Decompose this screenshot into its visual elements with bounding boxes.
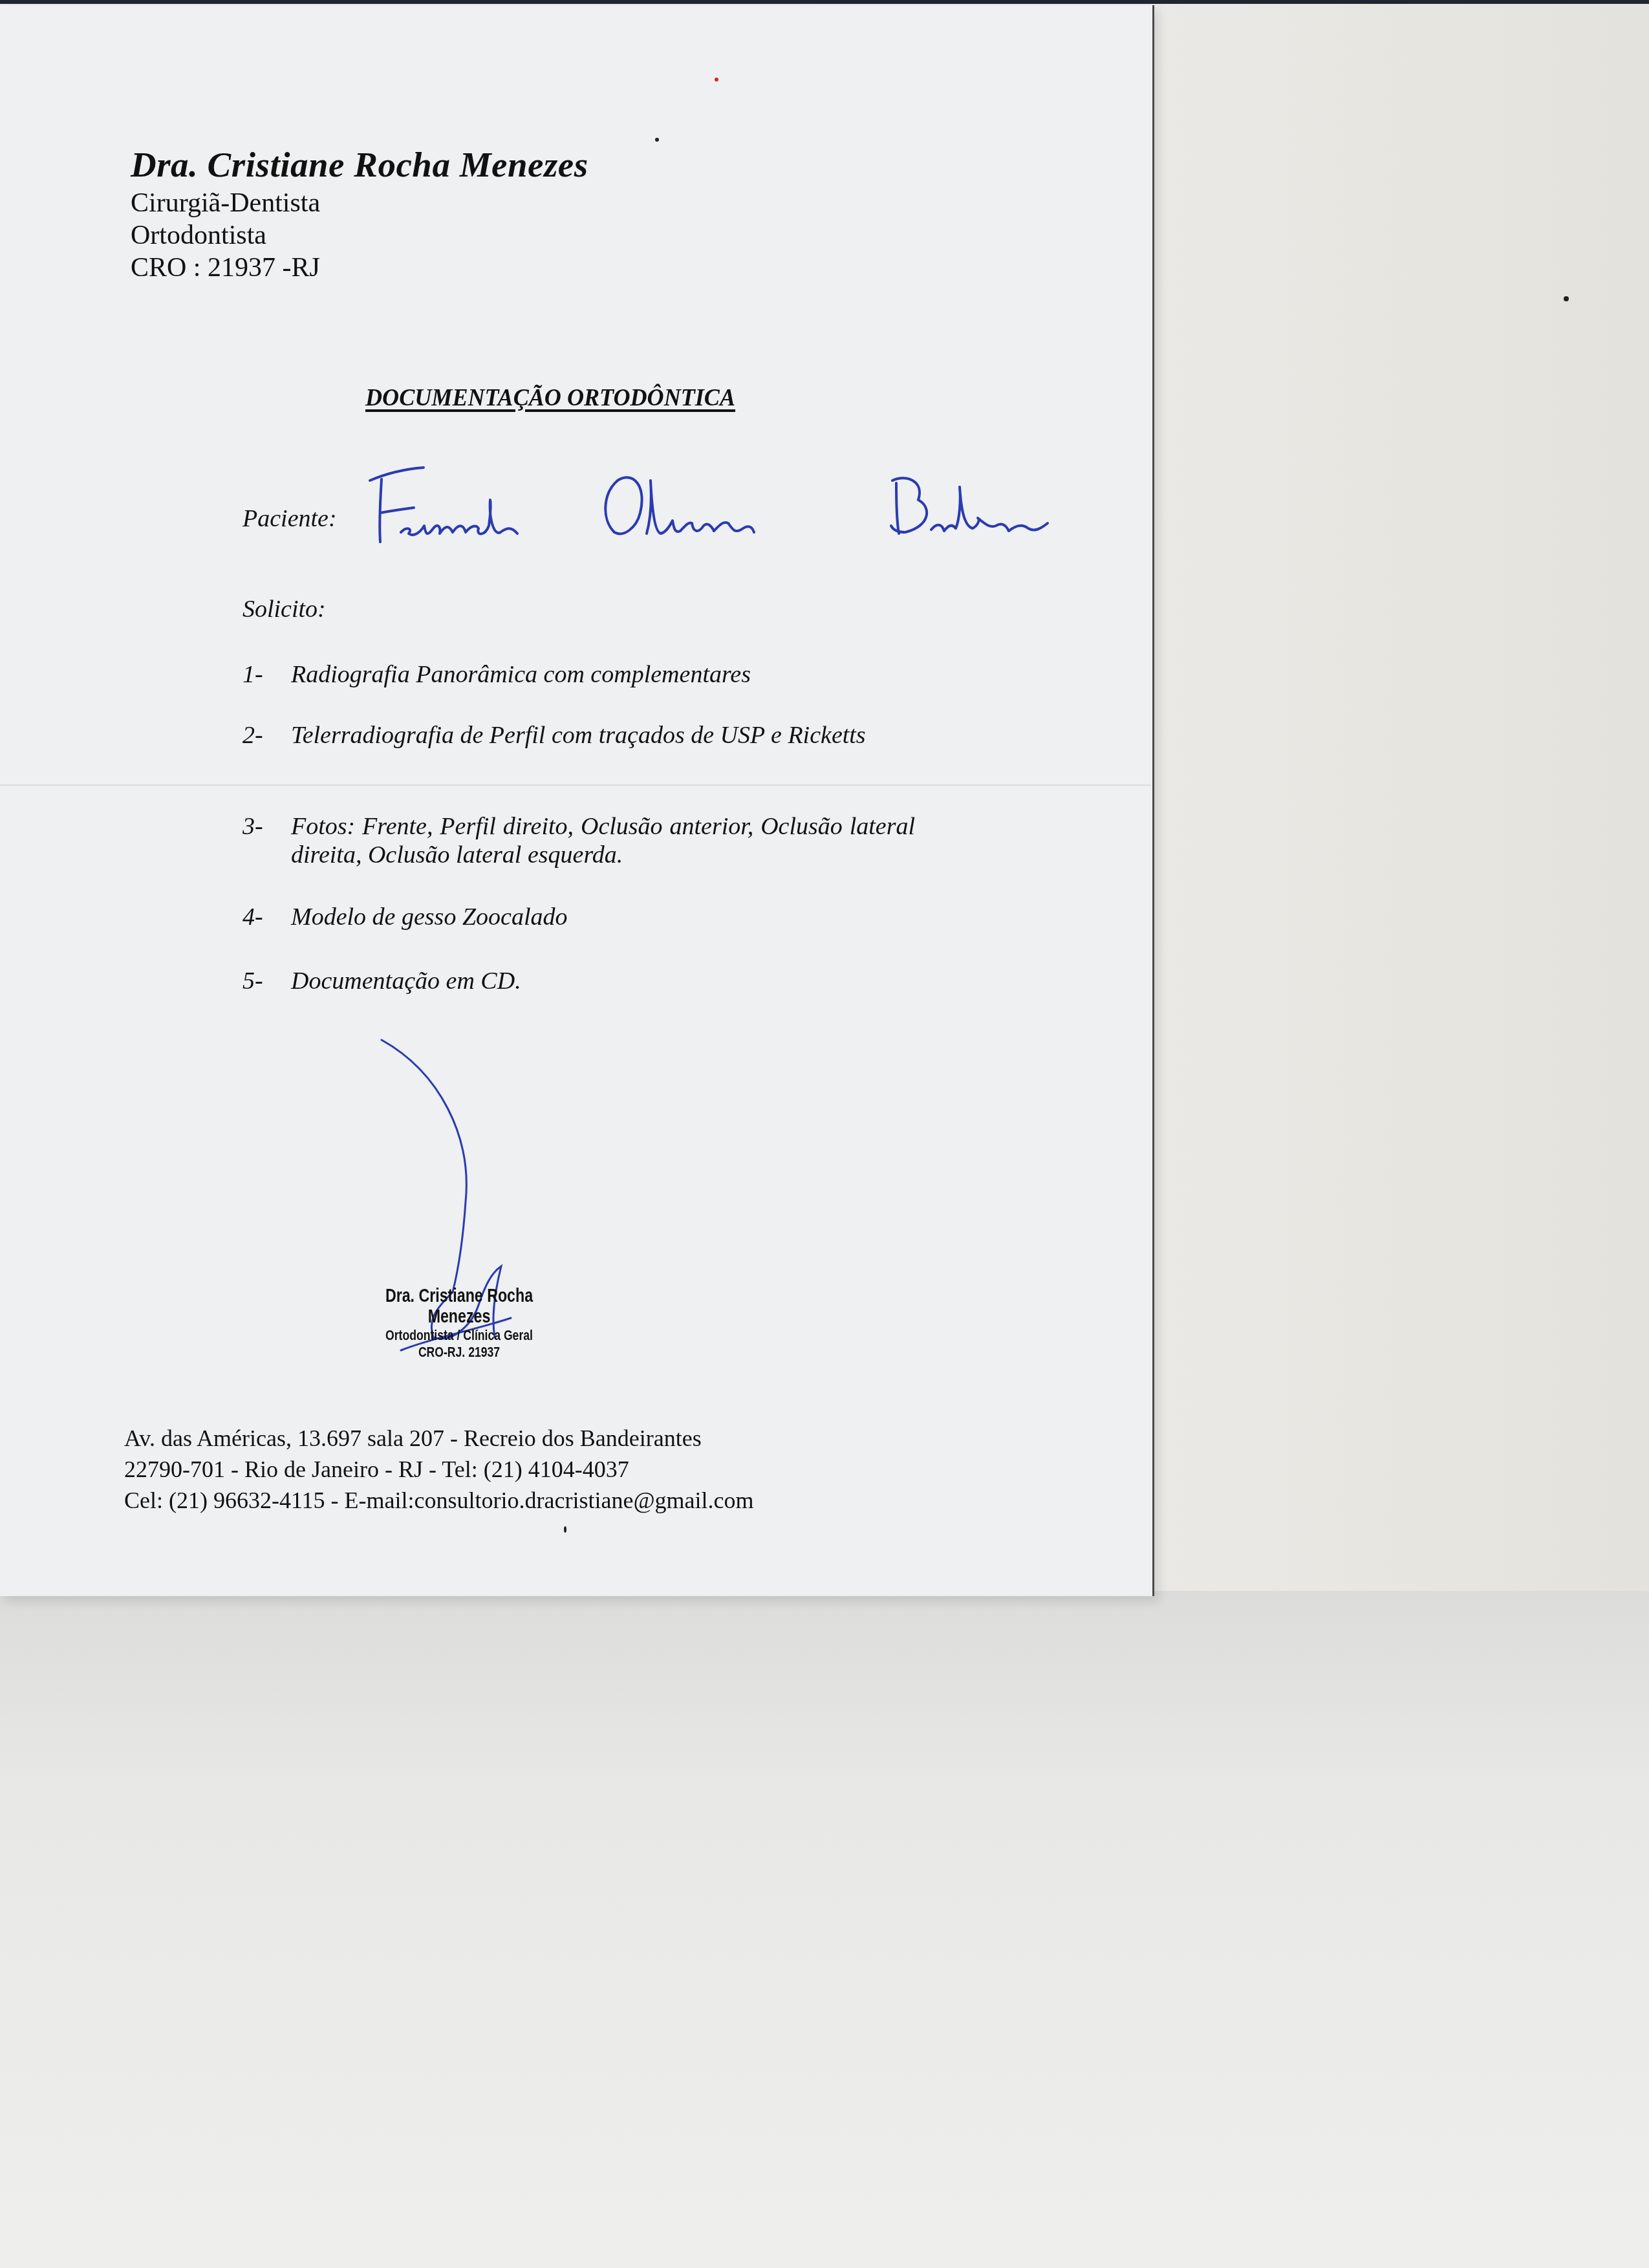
request-number: 3- (242, 812, 263, 841)
request-number: 4- (242, 903, 263, 931)
doctor-registration: CRO : 21937 -RJ (131, 252, 320, 283)
doctor-stamp: Dra. Cristiane Rocha Menezes Ortodontist… (374, 1286, 544, 1361)
doctor-specialty: Ortodontista (131, 220, 266, 251)
scanner-background-lower (0, 1591, 1649, 2268)
doctor-profession: Cirurgiã-Dentista (131, 188, 320, 219)
request-label: Solicito: (242, 595, 326, 623)
stamp-specialty: Ortodontista / Clínica Geral (374, 1327, 544, 1344)
scan-speck (564, 1526, 566, 1533)
request-text: Documentação em CD. (291, 967, 915, 995)
request-number: 1- (242, 660, 263, 689)
scan-speck (1564, 296, 1569, 301)
document-page: Dra. Cristiane Rocha Menezes Cirurgiã-De… (0, 5, 1154, 1596)
patient-name-handwritten: Fernanda Oliveira Barbosa (362, 461, 1125, 552)
footer-city-phone: 22790-701 - Rio de Janeiro - RJ - Tel: (… (124, 1454, 629, 1485)
request-number: 5- (242, 967, 263, 995)
request-text: Modelo de gesso Zoocalado (291, 903, 915, 931)
footer-contact: Cel: (21) 96632-4115 - E-mail:consultori… (124, 1485, 754, 1516)
request-text: Fotos: Frente, Perfil direito, Oclusão a… (291, 812, 915, 869)
stamp-name: Dra. Cristiane Rocha Menezes (374, 1286, 544, 1327)
request-number: 2- (242, 721, 263, 750)
scan-speck (715, 78, 718, 81)
paper-fold-crease (0, 784, 1151, 787)
stamp-registration: CRO-RJ. 21937 (374, 1344, 544, 1361)
patient-label: Paciente: (242, 504, 337, 533)
doctor-name: Dra. Cristiane Rocha Menezes (131, 144, 588, 185)
scanner-edge (0, 0, 1649, 4)
scan-speck (655, 138, 659, 142)
footer-address: Av. das Américas, 13.697 sala 207 - Recr… (124, 1423, 702, 1454)
document-title: DOCUMENTAÇÃO ORTODÔNTICA (365, 383, 735, 412)
request-text: Radiografia Panorâmica com complementare… (291, 660, 915, 689)
request-text: Telerradiografia de Perfil com traçados … (291, 721, 915, 750)
